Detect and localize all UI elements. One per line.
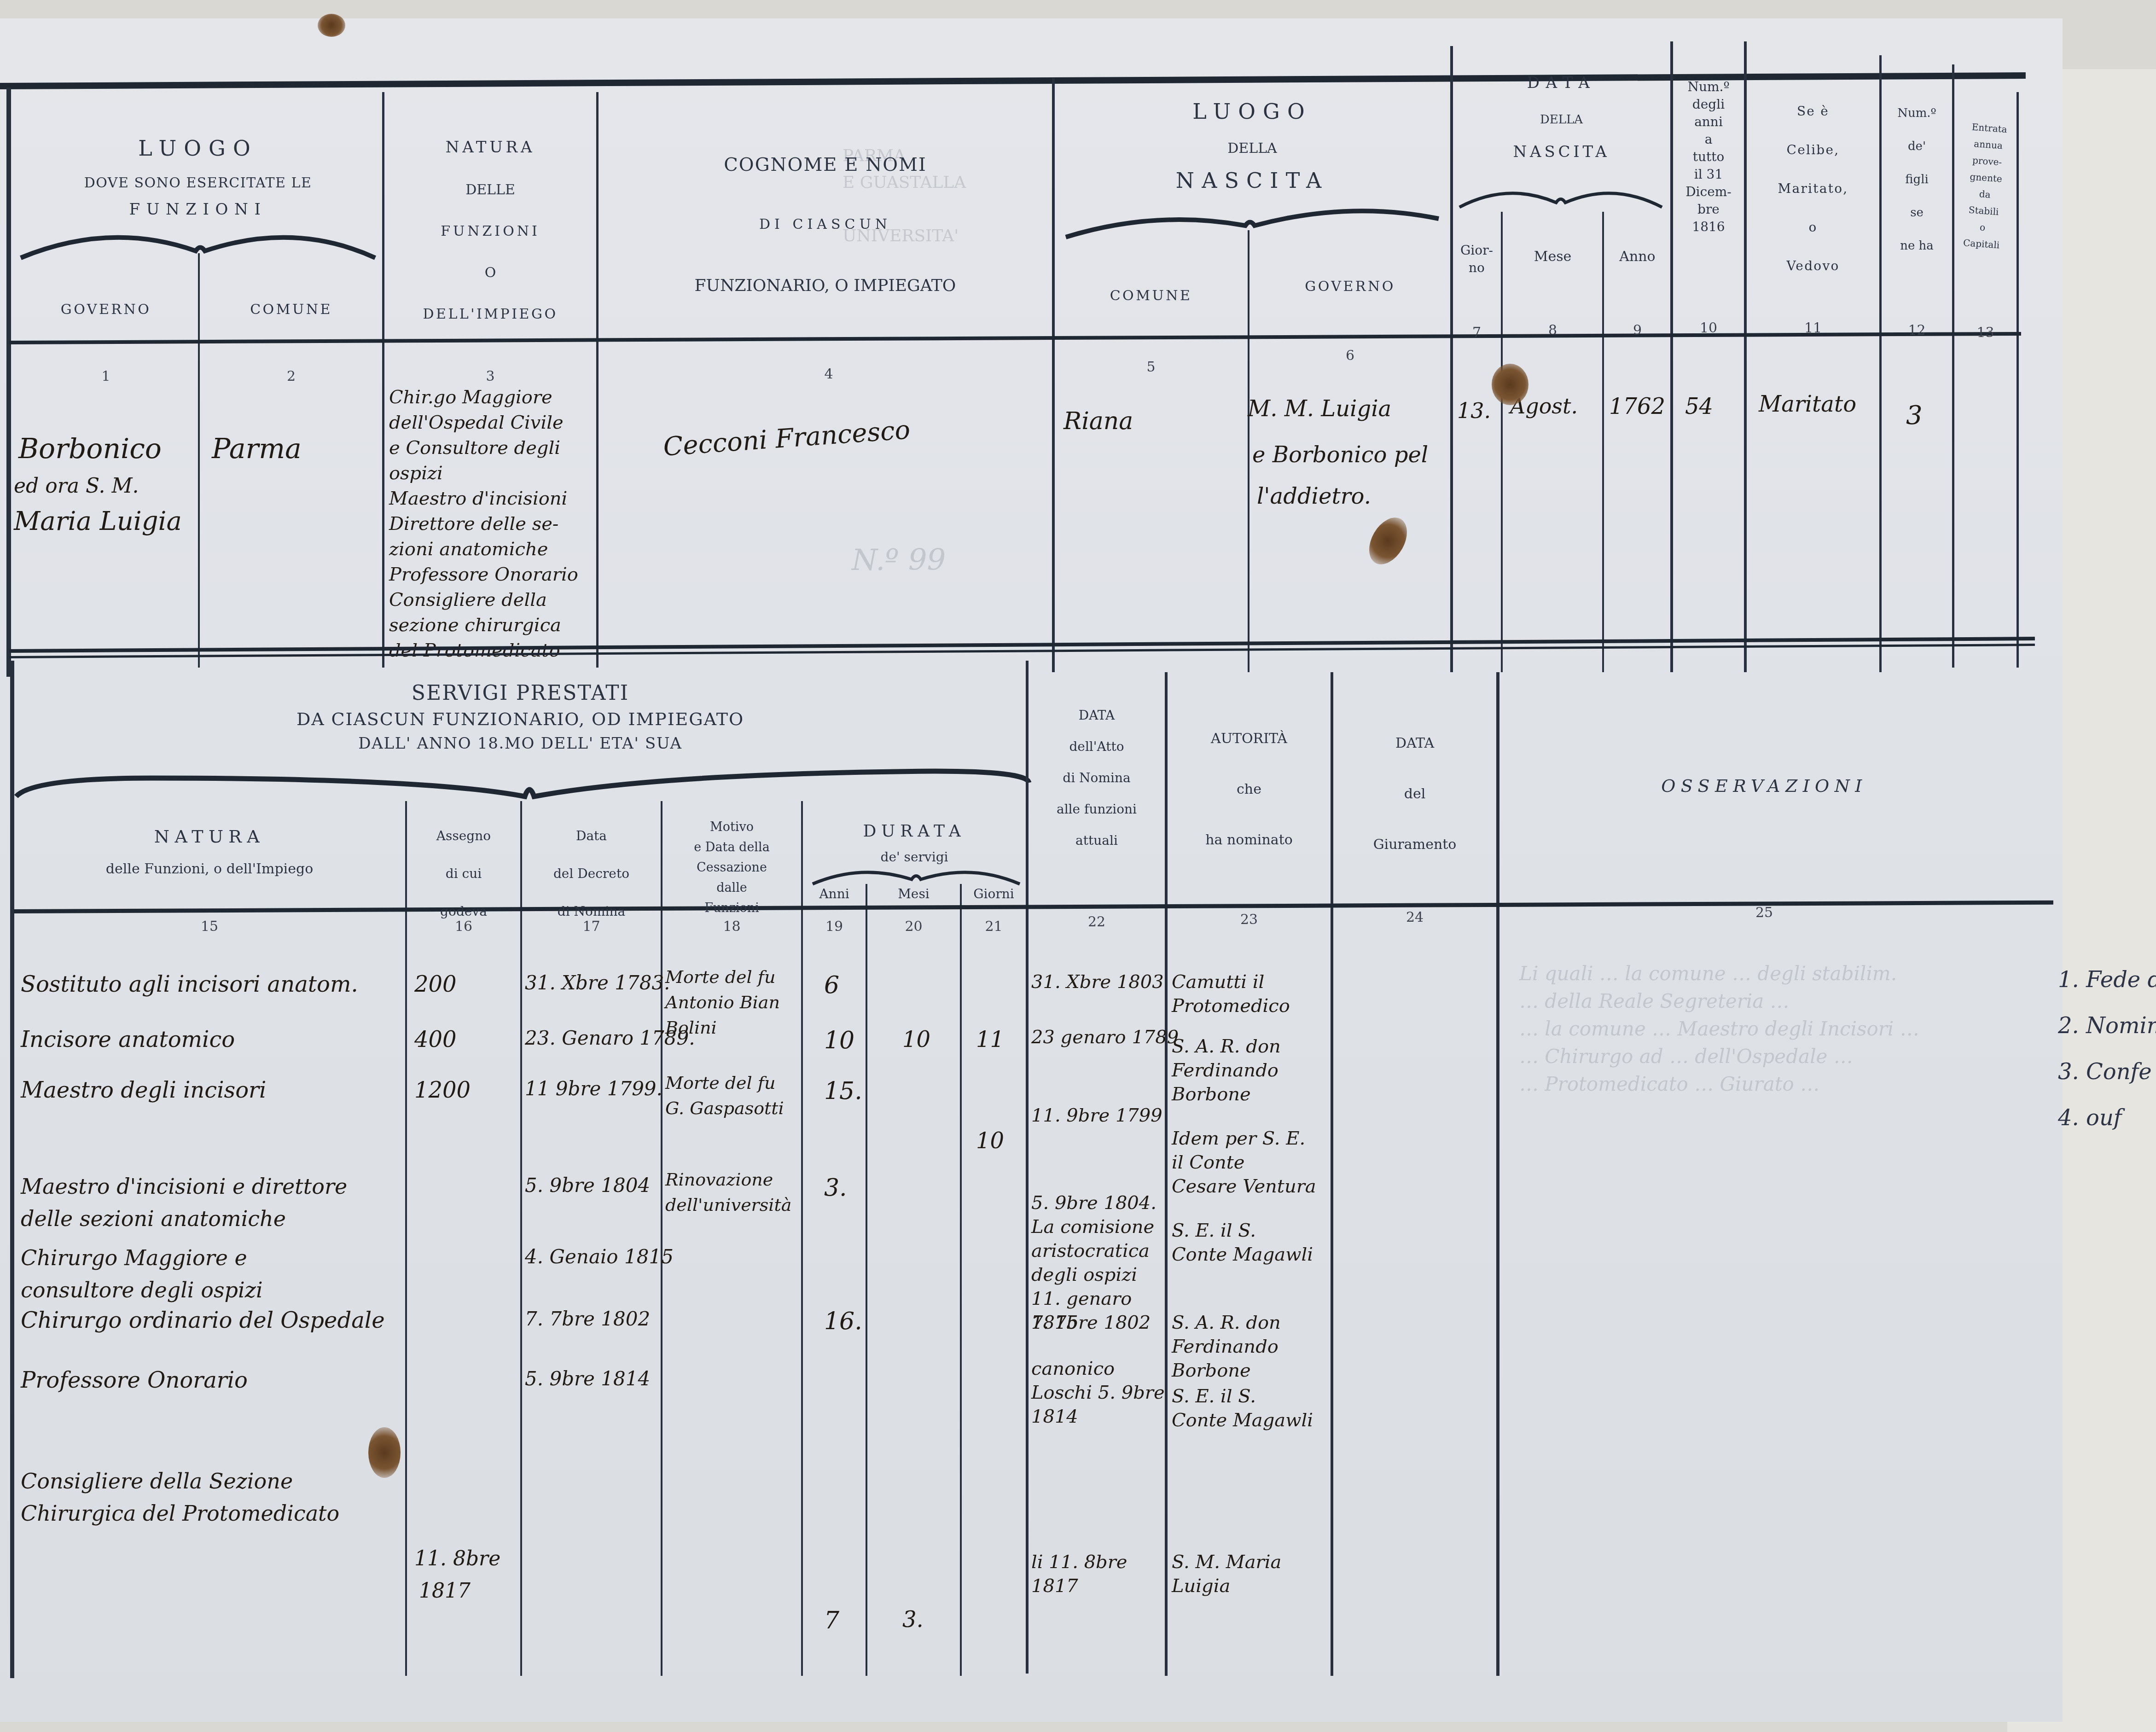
autorita-header: AUTORITÀcheha nominato <box>1168 714 1331 866</box>
row-mesi: 10 <box>902 1027 930 1052</box>
divider <box>1248 230 1249 672</box>
data-nascita-title: DATA <box>1453 74 1670 92</box>
entry-nascita-governo: l'addietro. <box>1257 483 1371 509</box>
entry-nascita-governo: e Borbonico pel <box>1252 442 1428 468</box>
row-natura: consultore degli ospizi <box>21 1278 263 1302</box>
entry-line: Ferdinando <box>1172 1336 1278 1357</box>
row-natura: Chirurgo ordinario del Ospedale <box>21 1308 385 1333</box>
row-decreto: 4. Genaio 1815 <box>525 1245 674 1268</box>
header-line: se <box>1882 196 1952 229</box>
entry-line: aristocratica <box>1031 1240 1150 1261</box>
entry-line: Idem per S. E. <box>1172 1128 1305 1149</box>
header-line: 1816 <box>1673 218 1744 236</box>
row-motivo: Antonio Bian <box>665 992 780 1012</box>
ink-stain <box>1361 511 1415 571</box>
entry-line: Borbone <box>1172 1084 1251 1105</box>
divider <box>1501 212 1503 672</box>
header-line: anni <box>1673 113 1744 131</box>
osservazioni-title: OSSERVAZIONI <box>1499 776 2029 796</box>
eta-header: Num.ºdeglianniatuttoil 31Dicem-bre1816 <box>1673 78 1744 236</box>
entrata-header: Entrataannuaprove-gnentedaStabilioCapita… <box>1950 118 2021 255</box>
divider <box>1952 64 1954 668</box>
column-number: 6 <box>1250 348 1450 364</box>
entry-line: Conte Magawli <box>1172 1410 1313 1431</box>
column-number: 9 <box>1604 322 1670 338</box>
column-number: 8 <box>1503 322 1602 338</box>
bleed-through-text: Li quali … la comune … degli stabilim. <box>1519 962 1897 985</box>
header-line: Giuramento <box>1333 820 1496 870</box>
entry-anno: 1762 <box>1609 394 1665 419</box>
entry-line: 7. 7bre 1802 <box>1031 1312 1151 1333</box>
entry-stato: Maritato <box>1759 391 1856 417</box>
divider <box>1450 46 1453 672</box>
row-natura: Professore Onorario <box>21 1367 248 1393</box>
column-number: 25 <box>1499 905 2029 921</box>
header-line: bre <box>1673 201 1744 218</box>
entry-line: Camutti il <box>1172 971 1264 993</box>
header-line: Vedovo <box>1747 247 1879 285</box>
figli-header: Num.ºde'figlisene ha <box>1882 97 1952 262</box>
column-number: 7 <box>1453 325 1501 341</box>
side-note: 2. Nomin <box>2058 1013 2156 1039</box>
row-anni: 7 <box>824 1607 839 1634</box>
header-line: che <box>1168 764 1331 815</box>
row-natura: delle sezioni anatomiche <box>21 1206 286 1231</box>
sub-giorno: Gior-no <box>1453 242 1501 277</box>
entry-line: Borbone <box>1172 1360 1251 1381</box>
entry-eta: 54 <box>1685 394 1713 419</box>
row-mesi: 3. <box>902 1607 924 1633</box>
entry-line: Ferdinando <box>1172 1060 1278 1081</box>
sub-anno: Anno <box>1604 249 1670 265</box>
entry-line: 1817 <box>1031 1575 1078 1597</box>
header-line: de' <box>1882 130 1952 163</box>
entry-line: Cesare Ventura <box>1172 1176 1316 1197</box>
header-line: a <box>1673 131 1744 148</box>
entry-figli: 3 <box>1906 401 1923 430</box>
entry-line: S. A. R. don <box>1172 1312 1281 1333</box>
row-decreto: 11 9bre 1799. <box>525 1077 662 1100</box>
entry-line: Protomedico <box>1172 995 1290 1017</box>
row-decreto: 7. 7bre 1802 <box>525 1308 650 1330</box>
row-natura: Chirurgica del Protomedicato <box>21 1501 339 1526</box>
entry-line: li 11. 8bre <box>1031 1552 1127 1573</box>
entry-line: S. E. il S. <box>1172 1220 1256 1241</box>
bleed-through-text: … della Reale Segreteria … <box>1519 990 1790 1012</box>
entry-line: 5. 9bre 1804. <box>1031 1192 1156 1214</box>
data-nascita-line: NASCITA <box>1453 143 1670 161</box>
entry-line: La comisione <box>1031 1216 1154 1238</box>
nascita-luogo-line: NASCITA <box>1054 168 1450 193</box>
column-number: 5 <box>1054 359 1248 375</box>
row-natura: Consigliere della Sezione <box>21 1469 293 1494</box>
bleed-through-text: … la comune … Maestro degli Incisori … <box>1519 1017 1919 1040</box>
brace-ornament <box>1457 184 1664 212</box>
entry-line: 11. genaro <box>1031 1288 1132 1309</box>
entry-giorno: 13. <box>1457 398 1491 423</box>
header-line: tutto <box>1673 148 1744 166</box>
column-number: 23 <box>1168 912 1331 928</box>
row-decreto: 23. Genaro 1789. <box>525 1027 695 1049</box>
column-number: 12 <box>1882 322 1952 338</box>
header-line: Dicem- <box>1673 183 1744 201</box>
row-anni: 16. <box>824 1308 862 1335</box>
header-line: Celibe, <box>1747 131 1879 169</box>
row-assegno: 11. 8bre <box>414 1547 500 1570</box>
entry-line: 23 genaro 1789 <box>1031 1027 1179 1048</box>
entry-line: Conte Magawli <box>1172 1244 1313 1265</box>
row-giorni: 10 <box>976 1128 1004 1154</box>
row-motivo: G. Gaspasotti <box>665 1098 784 1118</box>
nascita-luogo-title: LUOGO <box>1054 99 1450 124</box>
sub-mese: Mese <box>1503 249 1602 265</box>
row-motivo: Morte del fu <box>665 967 775 987</box>
side-note: 3. Confe <box>2058 1059 2152 1085</box>
header-line: Maritato, <box>1747 169 1879 208</box>
row-assegno: 1200 <box>414 1077 471 1103</box>
header-line: figli <box>1882 163 1952 196</box>
row-assegno: 400 <box>414 1027 457 1052</box>
data-nascita-line: DELLA <box>1453 113 1670 127</box>
bleed-through-text: … Chirurgo ad … dell'Ospedale … <box>1519 1045 1853 1068</box>
row-decreto: 5. 9bre 1814 <box>525 1367 650 1390</box>
header-line: Num.º <box>1882 97 1952 130</box>
ink-stain <box>1492 364 1528 405</box>
bleed-through-text: … Protomedicato … Giurato … <box>1519 1073 1819 1095</box>
row-giorni: 11 <box>976 1027 1004 1052</box>
entry-nascita-governo: M. M. Luigia <box>1248 396 1391 422</box>
row-anni: 10 <box>824 1027 854 1054</box>
entry-line: Luigia <box>1172 1575 1230 1597</box>
header-line: il 31 <box>1673 166 1744 183</box>
side-note: 1. Fede d <box>2058 967 2156 993</box>
column-number: 24 <box>1333 909 1496 925</box>
row-natura: Incisore anatomico <box>21 1027 235 1052</box>
row-motivo: Rinovazione <box>665 1169 773 1190</box>
entry-line: Loschi 5. 9bre <box>1031 1382 1165 1403</box>
register-form-page: LUOGO DOVE SONO ESERCITATE LE FUNZIONI G… <box>0 18 2063 1722</box>
nascita-luogo-line: DELLA <box>1054 140 1450 157</box>
column-number: 11 <box>1747 320 1879 336</box>
column-number: 10 <box>1673 320 1744 336</box>
row-natura: Chirurgo Maggiore e <box>21 1245 247 1270</box>
entry-line: S. M. Maria <box>1172 1552 1281 1573</box>
sub-comune: COMUNE <box>1054 288 1248 304</box>
sub-governo: GOVERNO <box>1250 279 1450 295</box>
row-natura: Maestro degli incisori <box>21 1077 266 1103</box>
row-motivo: dell'università <box>665 1195 791 1215</box>
entry-nascita-comune: Riana <box>1063 407 1133 435</box>
divider <box>1602 212 1604 672</box>
row-motivo: Morte del fu <box>665 1073 775 1093</box>
entry-line: S. E. il S. <box>1172 1386 1256 1407</box>
header-line: Num.º <box>1673 78 1744 96</box>
row-natura: Sostituto agli incisori anatom. <box>21 971 358 997</box>
header-line: degli <box>1673 96 1744 113</box>
row-anni: 15. <box>824 1077 862 1105</box>
brace-ornament <box>1063 205 1441 242</box>
row-decreto: 5. 9bre 1804 <box>525 1174 650 1197</box>
row-assegno: 1817 <box>419 1579 471 1603</box>
entry-line: 31. Xbre 1803 <box>1031 971 1164 993</box>
side-note: 4. ouf <box>2058 1105 2122 1131</box>
row-anni: 3. <box>824 1174 847 1202</box>
giuramento-header: DATAdelGiuramento <box>1333 718 1496 870</box>
header-line: ha nominato <box>1168 815 1331 866</box>
entry-line: 11. 9bre 1799 <box>1031 1105 1162 1126</box>
header-line: Se è <box>1747 92 1879 131</box>
divider <box>1496 672 1499 1676</box>
entry-line: canonico <box>1031 1358 1115 1379</box>
header-line: DATA <box>1333 718 1496 769</box>
stato-header: Se èCelibe,Maritato,oVedovo <box>1747 92 1879 285</box>
entry-line: degli ospizi <box>1031 1264 1137 1285</box>
servigi-rows: Sostituto agli incisori anatom.20031. Xb… <box>0 18 1059 1722</box>
header-line: o <box>1747 208 1879 247</box>
row-decreto: 31. Xbre 1783. <box>525 971 670 994</box>
column-number: 13 <box>1954 325 2017 341</box>
entry-line: il Conte <box>1172 1152 1245 1173</box>
row-assegno: 200 <box>414 971 457 997</box>
header-line: AUTORITÀ <box>1168 714 1331 764</box>
row-natura: Maestro d'incisioni e direttore <box>21 1174 347 1199</box>
row-anni: 6 <box>824 971 839 999</box>
header-line: ne ha <box>1882 229 1952 262</box>
entry-line: 1814 <box>1031 1406 1078 1427</box>
entry-line: S. A. R. don <box>1172 1036 1281 1057</box>
header-line: del <box>1333 769 1496 820</box>
